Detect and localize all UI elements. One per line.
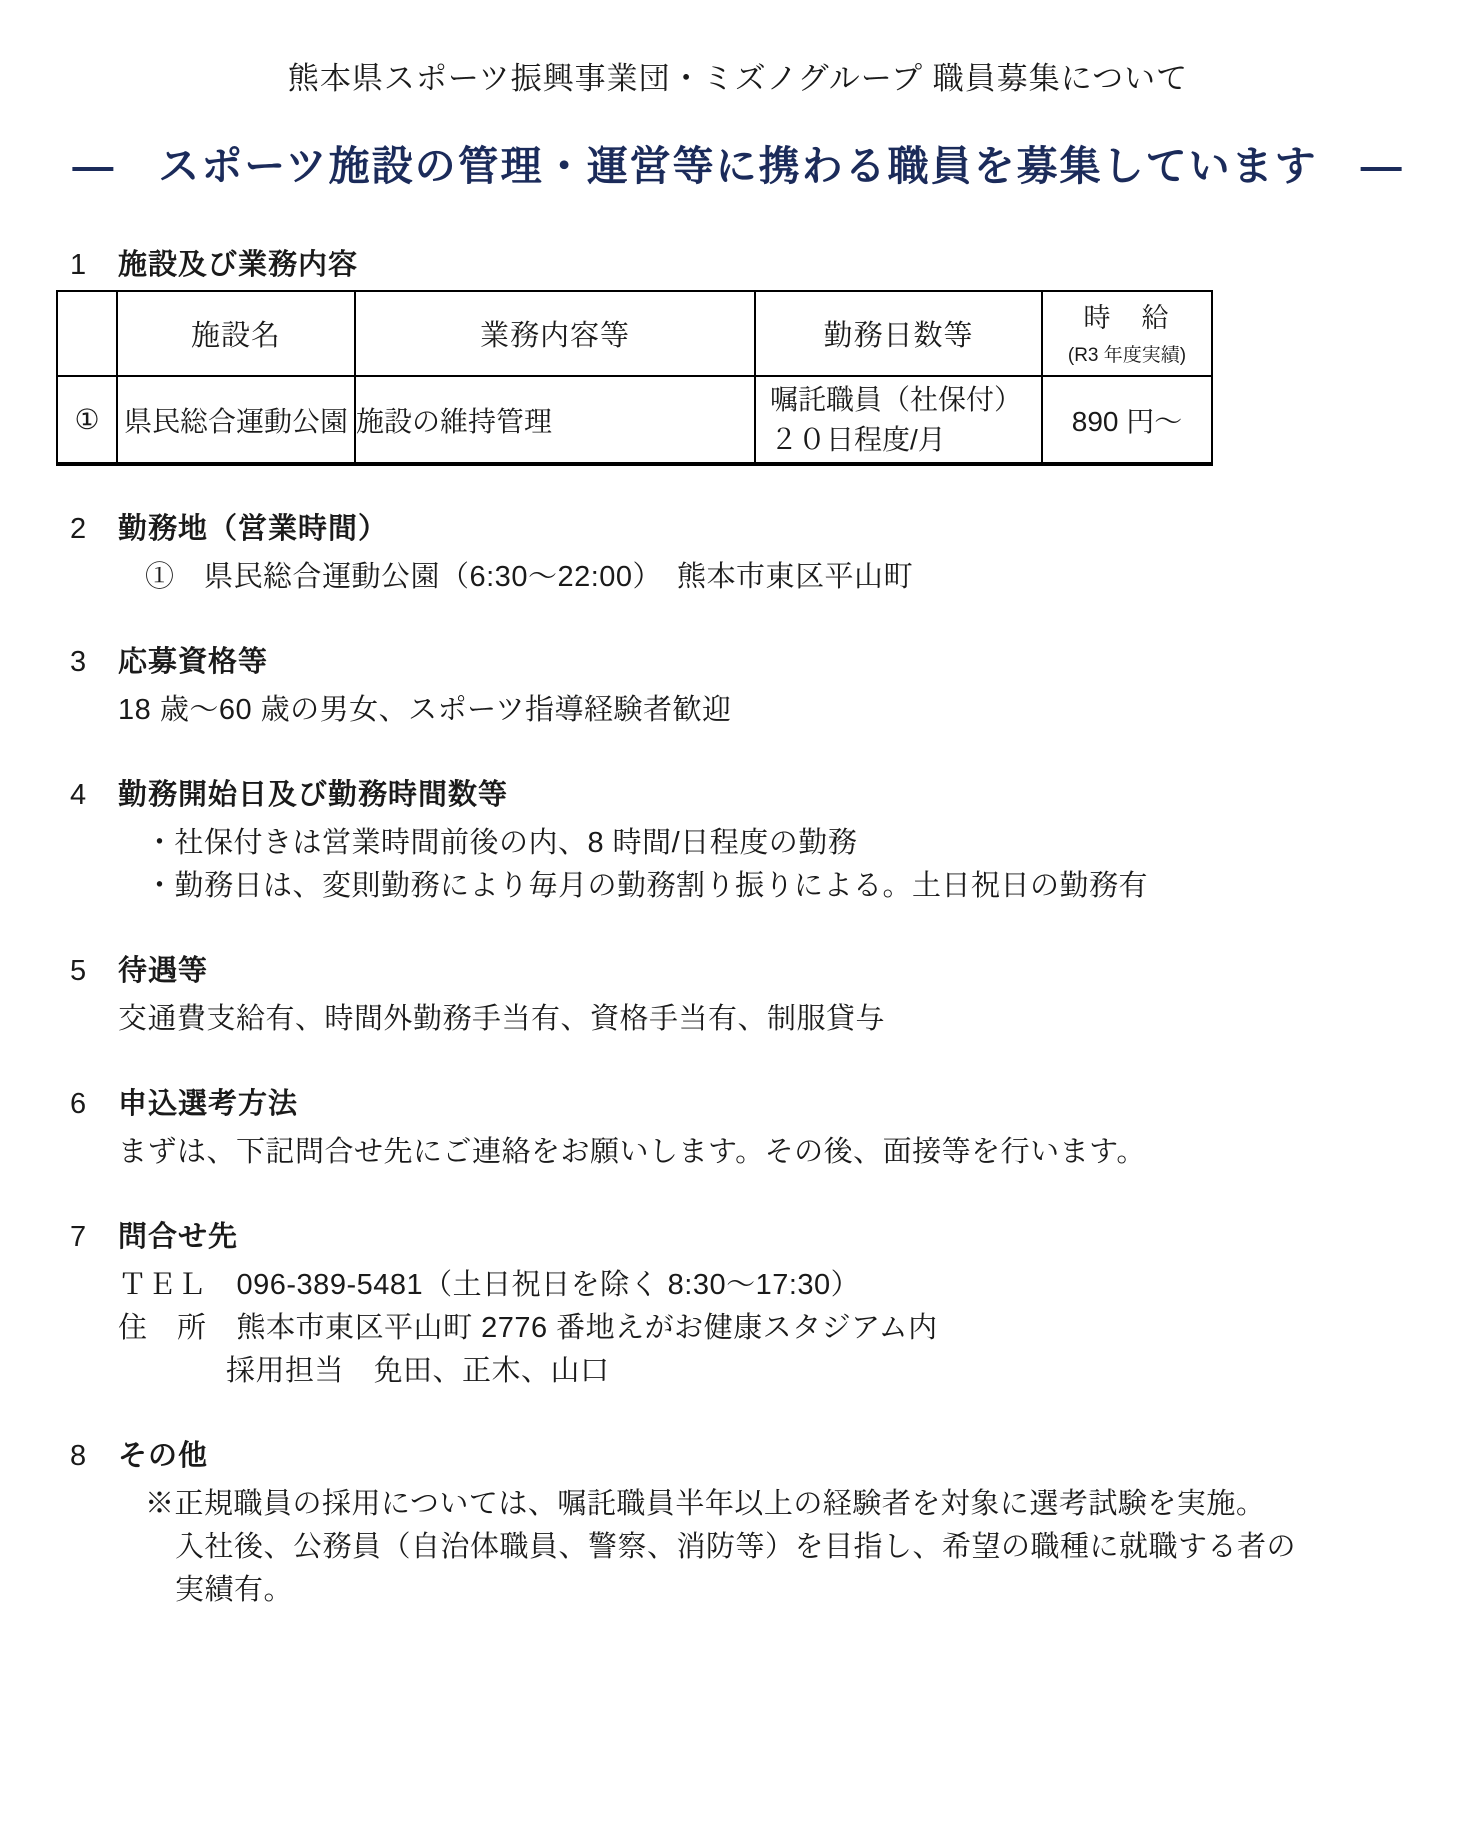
section-8-heading-row: 8 その他 <box>56 1439 1420 1473</box>
section-8-body: ※正規職員の採用については、嘱託職員半年以上の経験者を対象に選考試験を実施。 入… <box>118 1483 1420 1612</box>
application-method-line: まずは、下記問合せ先にご連絡をお願いします。その後、面接等を行います。 <box>118 1131 1420 1174</box>
section-2-body: ① 県民総合運動公園（6:30～22:00） 熊本市東区平山町 <box>118 556 1420 599</box>
table-row: ① 県民総合運動公園 施設の維持管理 嘱託職員（社保付） ２０日程度/月 890… <box>57 376 1212 464</box>
contact-tel-label: ＴＥＬ <box>118 1264 207 1307</box>
table-cell-days: 嘱託職員（社保付） ２０日程度/月 <box>755 376 1042 464</box>
table-header-wage-title: 時 給 <box>1043 301 1211 335</box>
table-cell-row-number: ① <box>57 376 117 464</box>
section-5-body: 交通費支給有、時間外勤務手当有、資格手当有、制服貸与 <box>118 998 1420 1041</box>
table-header-empty <box>57 291 117 376</box>
section-contact: 7 問合せ先 ＴＥＬ 096-389-5481（土日祝日を除く 8:30～17:… <box>56 1220 1420 1393</box>
table-header-work: 業務内容等 <box>355 291 755 376</box>
section-5-heading-row: 5 待遇等 <box>56 954 1420 988</box>
contact-tel-row: ＴＥＬ 096-389-5481（土日祝日を除く 8:30～17:30） <box>118 1264 1420 1307</box>
table-cell-days-line1: 嘱託職員（社保付） <box>756 380 1041 420</box>
section-8-number: 8 <box>70 1439 118 1473</box>
section-3-heading: 応募資格等 <box>118 645 268 679</box>
other-note-line-1: ※正規職員の採用については、嘱託職員半年以上の経験者を対象に選考試験を実施。 <box>145 1483 1420 1526</box>
table-header-days: 勤務日数等 <box>755 291 1042 376</box>
section-work-location: 2 勤務地（営業時間） ① 県民総合運動公園（6:30～22:00） 熊本市東区… <box>56 512 1420 599</box>
table-header-row: 施設名 業務内容等 勤務日数等 時 給 (R3 年度実績) <box>57 291 1212 376</box>
facility-table: 施設名 業務内容等 勤務日数等 時 給 (R3 年度実績) ① 県民総合運動公園… <box>56 290 1213 466</box>
contact-tel-value: 096-389-5481（土日祝日を除く 8:30～17:30） <box>237 1264 861 1307</box>
benefits-line: 交通費支給有、時間外勤務手当有、資格手当有、制服貸与 <box>118 998 1420 1041</box>
work-location-line: ① 県民総合運動公園（6:30～22:00） 熊本市東区平山町 <box>145 556 1420 599</box>
page-title: 熊本県スポーツ振興事業団・ミズノグループ 職員募集について <box>56 60 1420 98</box>
page-subtitle: ― スポーツ施設の管理・運営等に携わる職員を募集しています ― <box>56 142 1420 190</box>
table-cell-days-line2: ２０日程度/月 <box>756 420 1041 460</box>
contact-persons-line: 採用担当 免田、正木、山口 <box>226 1350 1420 1393</box>
other-note-line-2: 入社後、公務員（自治体職員、警察、消防等）を目指し、希望の職種に就職する者の <box>175 1526 1420 1569</box>
table-header-wage: 時 給 (R3 年度実績) <box>1042 291 1212 376</box>
table-cell-facility: 県民総合運動公園 <box>117 376 355 464</box>
other-note-line-3: 実績有。 <box>175 1569 1420 1612</box>
section-facility-and-duties: 1 施設及び業務内容 施設名 業務内容等 勤務日数等 時 給 (R3 年度実績) <box>56 248 1420 466</box>
section-2-heading: 勤務地（営業時間） <box>118 512 388 546</box>
section-2-heading-row: 2 勤務地（営業時間） <box>56 512 1420 546</box>
section-1-heading: 施設及び業務内容 <box>118 248 358 282</box>
section-4-body: ・社保付きは営業時間前後の内、8 時間/日程度の勤務 ・勤務日は、変則勤務により… <box>118 822 1420 908</box>
section-benefits: 5 待遇等 交通費支給有、時間外勤務手当有、資格手当有、制服貸与 <box>56 954 1420 1041</box>
section-7-heading: 問合せ先 <box>118 1220 238 1254</box>
section-6-number: 6 <box>70 1087 118 1121</box>
contact-address-row: 住 所 熊本市東区平山町 2776 番地えがお健康スタジアム内 <box>118 1307 1420 1350</box>
section-1-number: 1 <box>70 248 118 282</box>
section-7-body: ＴＥＬ 096-389-5481（土日祝日を除く 8:30～17:30） 住 所… <box>118 1264 1420 1393</box>
table-header-wage-note: (R3 年度実績) <box>1043 341 1211 371</box>
section-7-number: 7 <box>70 1220 118 1254</box>
section-6-heading-row: 6 申込選考方法 <box>56 1087 1420 1121</box>
work-hours-bullet-2: ・勤務日は、変則勤務により毎月の勤務割り振りによる。土日祝日の勤務有 <box>145 865 1420 908</box>
section-8-heading: その他 <box>118 1439 208 1473</box>
section-1-heading-row: 1 施設及び業務内容 <box>56 248 1420 282</box>
section-application-method: 6 申込選考方法 まずは、下記問合せ先にご連絡をお願いします。その後、面接等を行… <box>56 1087 1420 1174</box>
section-6-body: まずは、下記問合せ先にご連絡をお願いします。その後、面接等を行います。 <box>118 1131 1420 1174</box>
section-4-number: 4 <box>70 778 118 812</box>
table-cell-wage: 890 円～ <box>1042 376 1212 464</box>
section-4-heading-row: 4 勤務開始日及び勤務時間数等 <box>56 778 1420 812</box>
section-7-heading-row: 7 問合せ先 <box>56 1220 1420 1254</box>
qualifications-line: 18 歳～60 歳の男女、スポーツ指導経験者歓迎 <box>118 689 1420 732</box>
table-header-facility: 施設名 <box>117 291 355 376</box>
section-4-heading: 勤務開始日及び勤務時間数等 <box>118 778 508 812</box>
section-qualifications: 3 応募資格等 18 歳～60 歳の男女、スポーツ指導経験者歓迎 <box>56 645 1420 732</box>
document-page: 熊本県スポーツ振興事業団・ミズノグループ 職員募集について ― スポーツ施設の管… <box>0 0 1476 1840</box>
section-other: 8 その他 ※正規職員の採用については、嘱託職員半年以上の経験者を対象に選考試験… <box>56 1439 1420 1612</box>
section-work-hours: 4 勤務開始日及び勤務時間数等 ・社保付きは営業時間前後の内、8 時間/日程度の… <box>56 778 1420 908</box>
work-hours-bullet-1: ・社保付きは営業時間前後の内、8 時間/日程度の勤務 <box>145 822 1420 865</box>
section-6-heading: 申込選考方法 <box>118 1087 298 1121</box>
contact-address-label: 住 所 <box>118 1307 207 1350</box>
section-3-body: 18 歳～60 歳の男女、スポーツ指導経験者歓迎 <box>118 689 1420 732</box>
contact-address-value: 熊本市東区平山町 2776 番地えがお健康スタジアム内 <box>237 1307 938 1350</box>
section-3-number: 3 <box>70 645 118 679</box>
section-2-number: 2 <box>70 512 118 546</box>
section-3-heading-row: 3 応募資格等 <box>56 645 1420 679</box>
table-cell-work: 施設の維持管理 <box>355 376 755 464</box>
section-5-number: 5 <box>70 954 118 988</box>
section-5-heading: 待遇等 <box>118 954 208 988</box>
